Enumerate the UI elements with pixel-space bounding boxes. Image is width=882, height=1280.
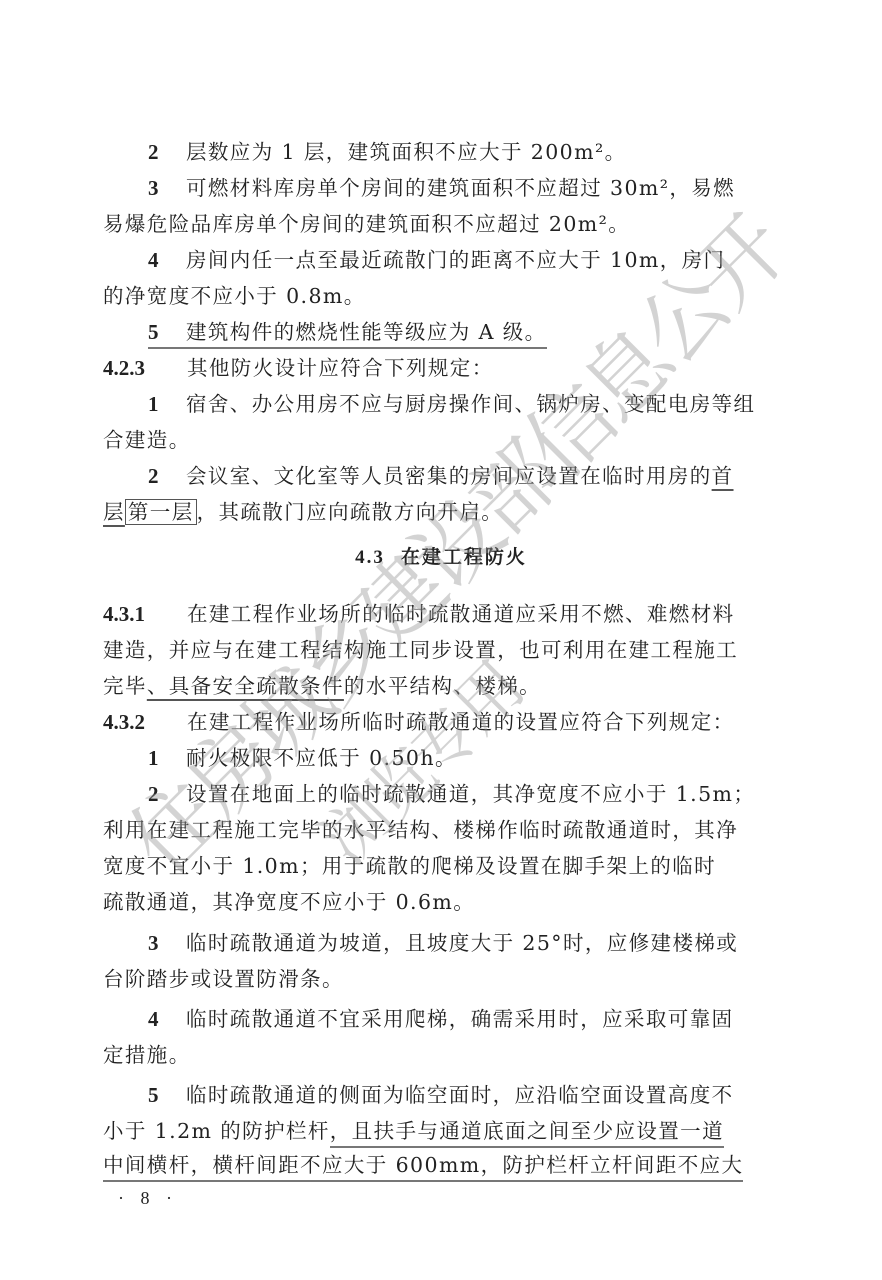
clause-4-3-1: 4.3.1在建工程作业场所的临时疏散通道应采用不燃、难燃材料 <box>103 597 755 631</box>
item-text: 宽度不宜小于 1.0m；用于疏散的爬梯及设置在脚手架上的临时 <box>103 854 716 878</box>
item-number: 3 <box>148 926 186 960</box>
clause-text: 建造，并应与在建工程结构施工同步设置，也可利用在建工程施工 <box>103 638 738 662</box>
revised-text-underline: 、具备安全疏散条件 <box>147 674 344 698</box>
clause-4-3-2-item-5-continued: 小于 1.2m 的防护栏杆，且扶手与通道底面之间至少应设置一道 <box>103 1114 755 1148</box>
clause-number: 4.3.1 <box>103 597 187 631</box>
item-4-continued: 的净宽度不应小于 0.8m。 <box>103 279 755 313</box>
section-title: 在建工程防火 <box>401 546 527 568</box>
item-text: 临时疏散通道不宜采用爬梯，确需采用时，应采取可靠固 <box>186 1007 734 1031</box>
item-3: 3可燃材料库房单个房间的建筑面积不应超过 30m²，易燃 <box>148 171 755 205</box>
item-text: 设置在地面上的临时疏散通道，其净宽度不应小于 1.5m； <box>186 782 755 806</box>
clause-4-3-2-item-3: 3临时疏散通道为坡道，且坡度大于 25°时，应修建楼梯或 <box>148 926 755 960</box>
section-heading: 4.3在建工程防火 <box>0 540 882 574</box>
item-number: 4 <box>148 243 186 277</box>
revised-text-underline: 层 <box>103 500 125 524</box>
clause-text: 在建工程作业场所临时疏散通道的设置应符合下列规定： <box>187 710 735 734</box>
item-number: 4 <box>148 1002 186 1036</box>
revised-text-underline: 首 <box>712 464 734 488</box>
clause-4-3-2-item-5-continued-2: 中间横杆，横杆间距不应大于 600mm，防护栏杆立杆间距不应大 <box>103 1148 755 1182</box>
clause-number: 4.2.3 <box>103 351 187 385</box>
page-number: · 8 · <box>118 1188 178 1209</box>
clause-number: 4.3.2 <box>103 705 187 739</box>
item-text: 利用在建工程施工完毕的水平结构、楼梯作临时疏散通道时，其净 <box>103 818 738 842</box>
document-page: 2层数应为 1 层，建筑面积不应大于 200m²。 3可燃材料库房单个房间的建筑… <box>0 0 882 1280</box>
deleted-text-box: 第一层 <box>125 499 197 525</box>
item-text: ，其疏散门应向疏散方向开启。 <box>197 500 504 524</box>
item-number: 5 <box>148 317 186 347</box>
item-5: 5建筑构件的燃烧性能等级应为 A 级。 <box>148 315 547 349</box>
item-number: 2 <box>148 459 186 493</box>
clause-4-2-3-item-2: 2会议室、文化室等人员密集的房间应设置在临时用房的首 <box>148 459 755 493</box>
item-text: 房间内任一点至最近疏散门的距离不应大于 10m，房门 <box>186 248 725 272</box>
clause-text: 其他防火设计应符合下列规定： <box>187 356 494 380</box>
item-number: 1 <box>148 387 186 421</box>
item-number: 2 <box>148 135 186 169</box>
item-text: 合建造。 <box>103 428 191 452</box>
clause-4-2-3-item-1: 1宿舍、办公用房不应与厨房操作间、锅炉房、变配电房等组 <box>148 387 755 421</box>
clause-4-3-2-item-5: 5临时疏散通道的侧面为临空面时，应沿临空面设置高度不 <box>148 1078 755 1112</box>
clause-4-3-2-item-2-continued-3: 疏散通道，其净宽度不应小于 0.6m。 <box>103 885 755 919</box>
item-text: 易爆危险品库房单个房间的建筑面积不应超过 20m²。 <box>103 212 630 236</box>
clause-4-3-2: 4.3.2在建工程作业场所临时疏散通道的设置应符合下列规定： <box>103 705 755 739</box>
item-text: 耐火极限不应低于 0.50h。 <box>186 746 457 770</box>
item-text: 小于 1.2m 的防护栏杆 <box>103 1119 330 1143</box>
item-text: 临时疏散通道的侧面为临空面时，应沿临空面设置高度不 <box>186 1083 734 1107</box>
item-3-continued: 易爆危险品库房单个房间的建筑面积不应超过 20m²。 <box>103 207 755 241</box>
item-number: 3 <box>148 171 186 205</box>
clause-4-2-3-item-2-continued: 层第一层，其疏散门应向疏散方向开启。 <box>103 495 755 529</box>
item-text: 宿舍、办公用房不应与厨房操作间、锅炉房、变配电房等组 <box>186 392 755 416</box>
clause-4-3-2-item-2-continued-2: 宽度不宜小于 1.0m；用于疏散的爬梯及设置在脚手架上的临时 <box>103 849 755 883</box>
item-text: 建筑构件的燃烧性能等级应为 A 级。 <box>186 320 547 344</box>
clause-4-3-1-continued: 建造，并应与在建工程结构施工同步设置，也可利用在建工程施工 <box>103 633 755 667</box>
item-number: 2 <box>148 777 186 811</box>
clause-4-2-3-item-1-continued: 合建造。 <box>103 423 755 457</box>
clause-text: 完毕 <box>103 674 147 698</box>
item-text: 临时疏散通道为坡道，且坡度大于 25°时，应修建楼梯或 <box>186 931 738 955</box>
item-text: 台阶踏步或设置防滑条。 <box>103 967 344 991</box>
clause-4-3-2-item-4-continued: 定措施。 <box>103 1038 755 1072</box>
clause-4-2-3: 4.2.3其他防火设计应符合下列规定： <box>103 351 755 385</box>
clause-4-3-2-item-3-continued: 台阶踏步或设置防滑条。 <box>103 962 755 996</box>
clause-text: 在建工程作业场所的临时疏散通道应采用不燃、难燃材料 <box>187 602 735 626</box>
item-number: 5 <box>148 1078 186 1112</box>
clause-text: 的水平结构、楼梯。 <box>344 674 541 698</box>
clause-4-3-2-item-4: 4临时疏散通道不宜采用爬梯，确需采用时，应采取可靠固 <box>148 1002 755 1036</box>
item-text: 疏散通道，其净宽度不应小于 0.6m。 <box>103 890 475 914</box>
section-number: 4.3 <box>355 547 385 568</box>
clause-4-3-2-item-2-continued: 利用在建工程施工完毕的水平结构、楼梯作临时疏散通道时，其净 <box>103 813 755 847</box>
item-text: 会议室、文化室等人员密集的房间应设置在临时用房的 <box>186 464 712 488</box>
item-number: 1 <box>148 741 186 775</box>
item-text: 层数应为 1 层，建筑面积不应大于 200m²。 <box>186 140 626 164</box>
clause-4-3-2-item-1: 1耐火极限不应低于 0.50h。 <box>148 741 755 775</box>
item-text: 的净宽度不应小于 0.8m。 <box>103 284 366 308</box>
clause-4-3-1-continued-2: 完毕、具备安全疏散条件的水平结构、楼梯。 <box>103 669 755 703</box>
revised-text-underline: ，且扶手与通道底面之间至少应设置一道 <box>330 1116 724 1148</box>
revised-text-underline: 5建筑构件的燃烧性能等级应为 A 级。 <box>148 317 547 349</box>
revised-text-underline: 中间横杆，横杆间距不应大于 600mm，防护栏杆立杆间距不应大 <box>103 1150 743 1182</box>
item-text: 可燃材料库房单个房间的建筑面积不应超过 30m²，易燃 <box>186 176 735 200</box>
item-2: 2层数应为 1 层，建筑面积不应大于 200m²。 <box>148 135 755 169</box>
item-text: 定措施。 <box>103 1043 191 1067</box>
item-4: 4房间内任一点至最近疏散门的距离不应大于 10m，房门 <box>148 243 755 277</box>
clause-4-3-2-item-2: 2设置在地面上的临时疏散通道，其净宽度不应小于 1.5m； <box>148 777 755 811</box>
